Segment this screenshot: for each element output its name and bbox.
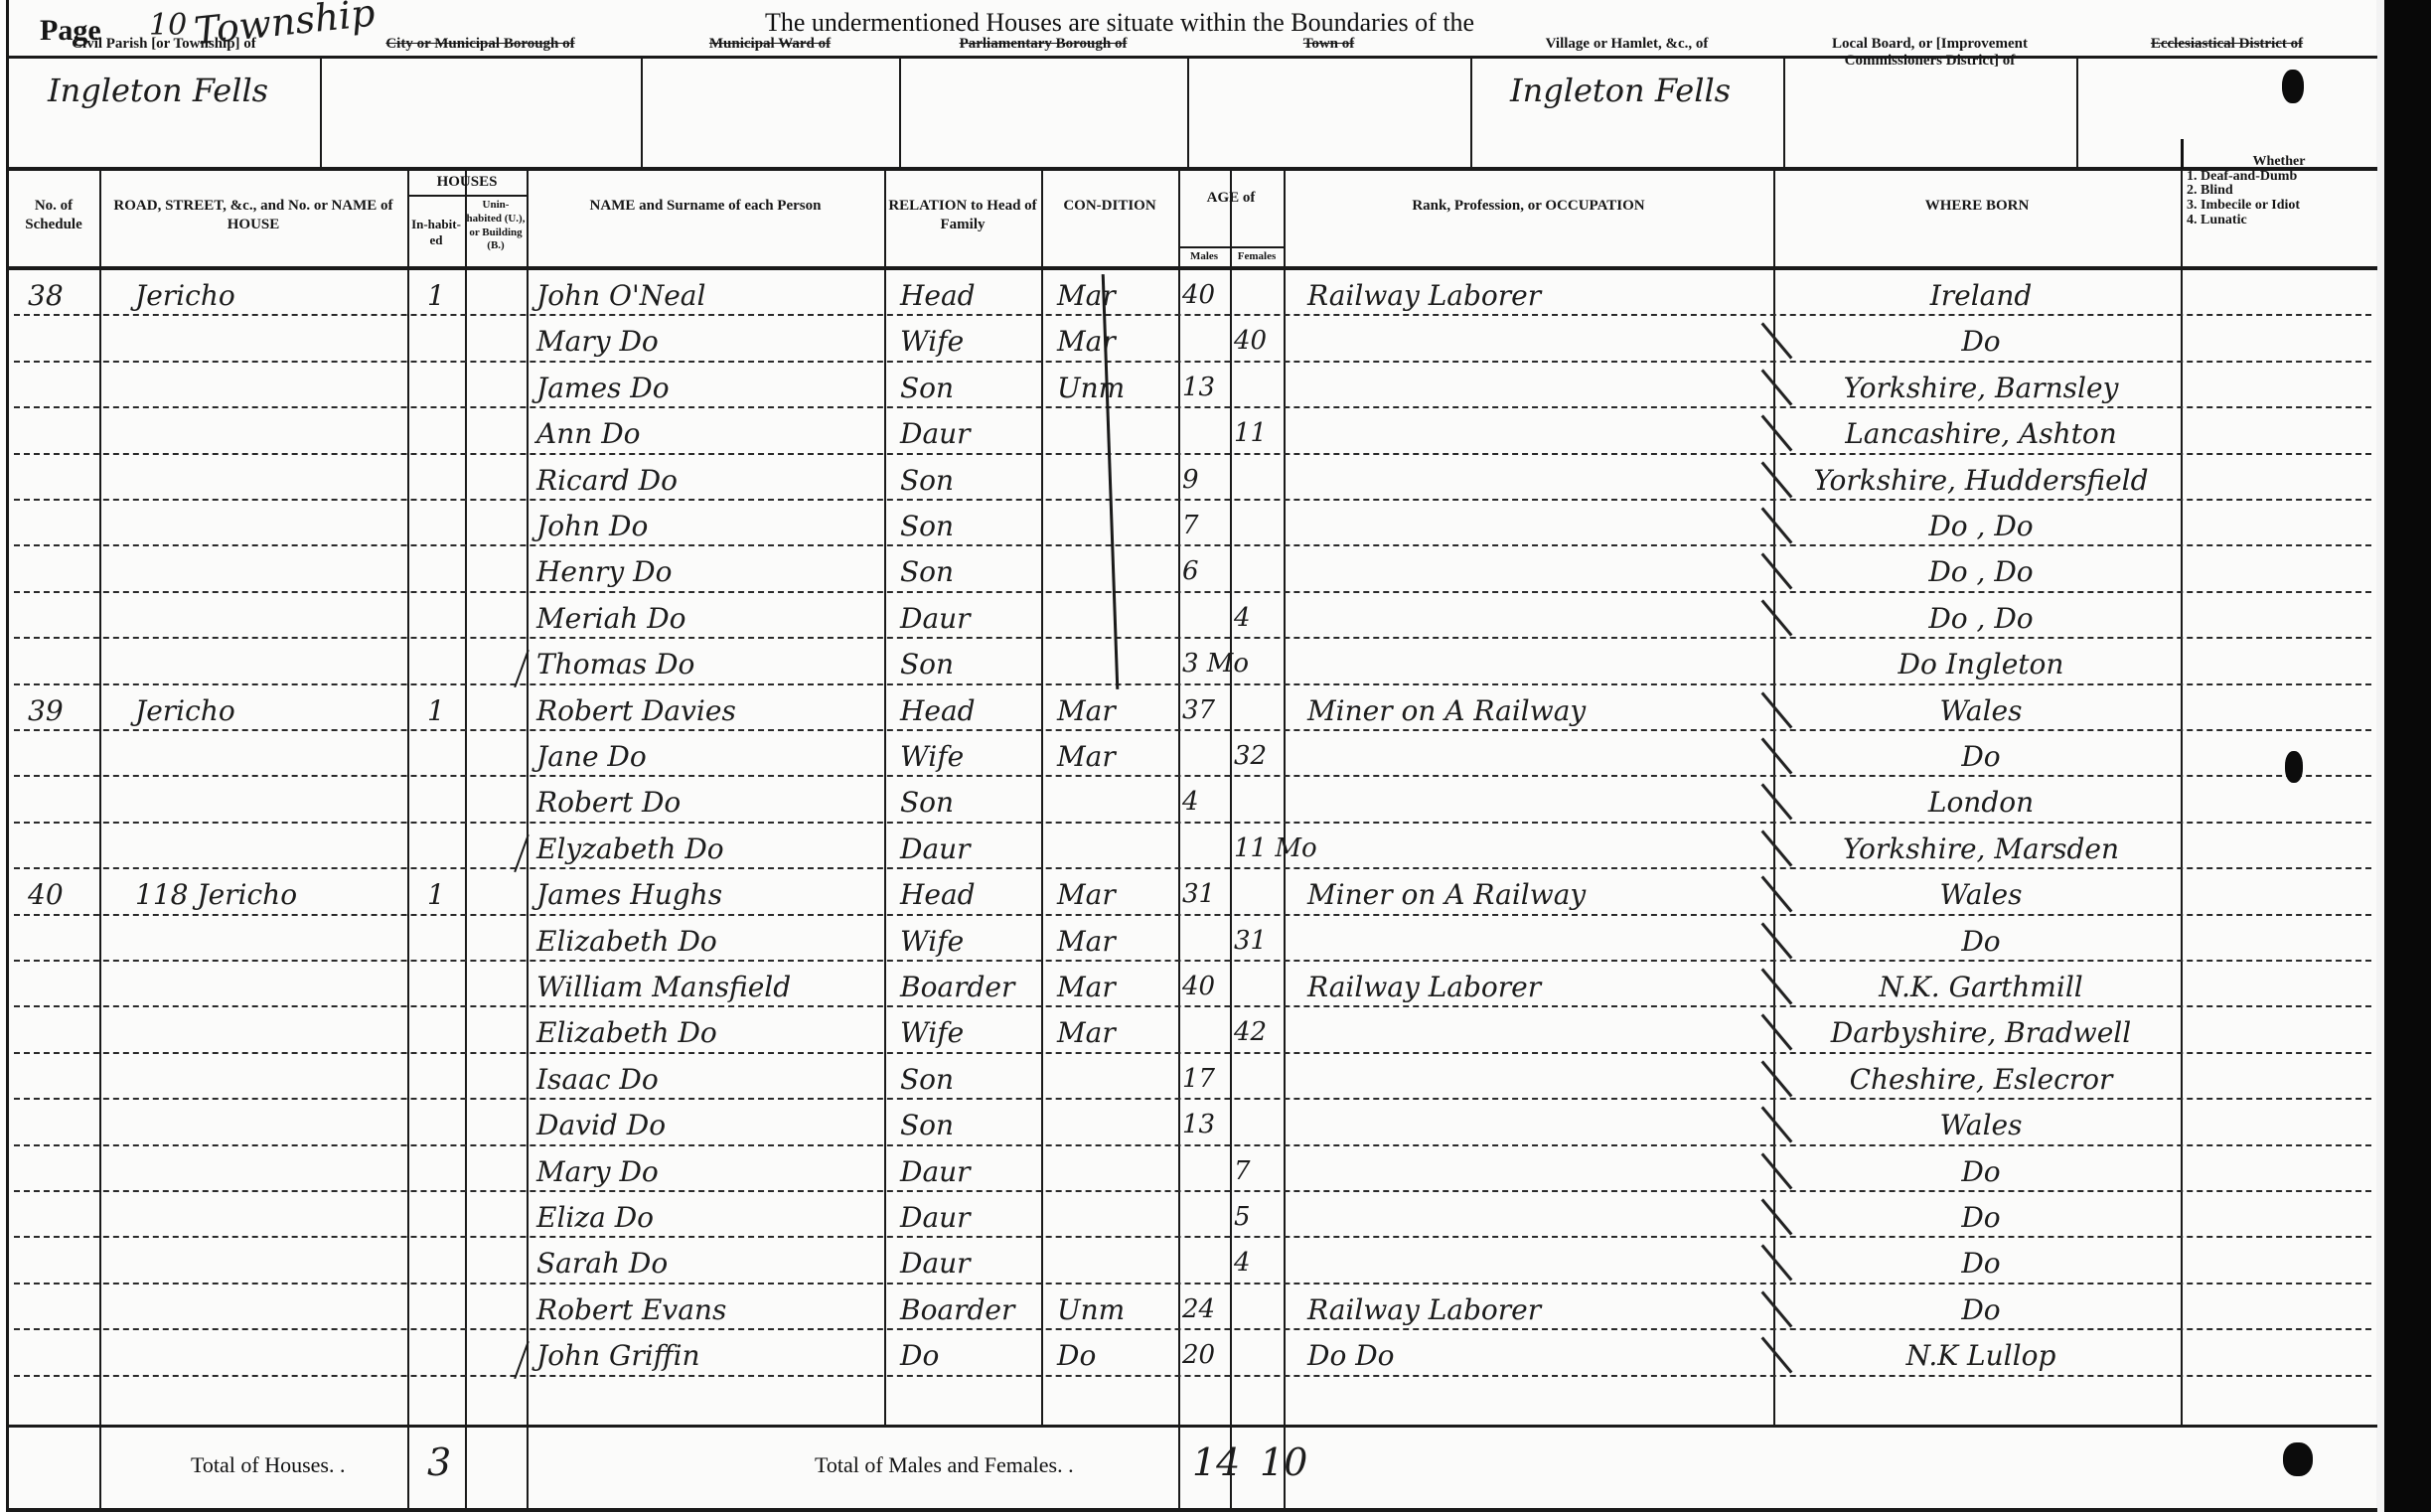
birthplace: Do bbox=[1789, 1296, 2173, 1324]
relation: Son bbox=[900, 1112, 1037, 1139]
person-name: Elizabeth Do bbox=[536, 1019, 880, 1047]
condition: Mar bbox=[1057, 328, 1174, 356]
birthplace: Cheshire, Eslecror bbox=[1789, 1066, 2173, 1094]
male-age: 20 bbox=[1182, 1342, 1228, 1368]
male-age: 3 Mo bbox=[1182, 651, 1228, 677]
row-rule bbox=[14, 591, 2371, 593]
row-rule bbox=[14, 1375, 2371, 1377]
row-rule bbox=[14, 1052, 2371, 1054]
birthplace: Do , Do bbox=[1789, 558, 2173, 586]
occupation-header: Rank, Profession, or OCCUPATION bbox=[1288, 197, 1769, 216]
person-name: James Do bbox=[536, 375, 880, 402]
district-divider bbox=[1783, 58, 1785, 167]
page-title: The undermentioned Houses are situate wi… bbox=[765, 8, 1474, 38]
relation: Daur bbox=[900, 1204, 1037, 1232]
inhabited-count: 1 bbox=[427, 697, 467, 725]
relation: Son bbox=[900, 558, 1037, 586]
female-age: 31 bbox=[1234, 928, 1282, 954]
person-name: David Do bbox=[536, 1112, 880, 1139]
column-divider bbox=[465, 1425, 467, 1510]
person-name: Ricard Do bbox=[536, 467, 880, 495]
person-name: John O'Neal bbox=[536, 282, 880, 310]
person-name: Elizabeth Do bbox=[536, 928, 880, 956]
row-rule bbox=[14, 775, 2371, 777]
infirmity-divider bbox=[2181, 139, 2184, 169]
person-name: Meriah Do bbox=[536, 605, 880, 633]
name-header: NAME and Surname of each Person bbox=[531, 197, 880, 216]
inhabited-count: 1 bbox=[427, 282, 467, 310]
total-houses-value: 3 bbox=[427, 1440, 451, 1484]
person-name: Mary Do bbox=[536, 328, 880, 356]
row-rule bbox=[14, 1144, 2371, 1146]
row-rule bbox=[14, 683, 2371, 685]
house-name: Jericho bbox=[135, 697, 403, 725]
relation: Son bbox=[900, 513, 1037, 540]
person-name: John Griffin bbox=[536, 1342, 880, 1370]
total-males-value: 14 bbox=[1192, 1440, 1240, 1484]
schedule-number: 40 bbox=[28, 881, 95, 909]
males-header: Males bbox=[1178, 250, 1230, 264]
occupation: Railway Laborer bbox=[1307, 282, 1767, 310]
condition-header: CON-DITION bbox=[1045, 197, 1174, 216]
person-name: Thomas Do bbox=[536, 651, 880, 679]
row-rule bbox=[14, 1190, 2371, 1192]
person-name: Robert Davies bbox=[536, 697, 880, 725]
birthplace: Ireland bbox=[1789, 282, 2173, 310]
district-label: Parliamentary Borough of bbox=[903, 36, 1183, 53]
condition: Unm bbox=[1057, 1296, 1174, 1324]
relation: Wife bbox=[900, 928, 1037, 956]
birthplace: Wales bbox=[1789, 697, 2173, 725]
birthplace: Do bbox=[1789, 1204, 2173, 1232]
district-divider bbox=[1187, 58, 1189, 167]
inhabited-header: In-habit-ed bbox=[409, 217, 463, 249]
female-age: 4 bbox=[1234, 605, 1282, 631]
relation: Do bbox=[900, 1342, 1037, 1370]
person-name: Henry Do bbox=[536, 558, 880, 586]
district-label: Local Board, or [Improvement Commissione… bbox=[1787, 36, 2072, 70]
column-divider bbox=[527, 1425, 529, 1510]
ink-blot bbox=[2283, 1442, 2313, 1476]
person-name: Mary Do bbox=[536, 1158, 880, 1186]
row-rule bbox=[14, 1328, 2371, 1330]
inhabited-count: 1 bbox=[427, 881, 467, 909]
row-rule bbox=[14, 499, 2371, 501]
infirmity-item: 1. Deaf-and-Dumb bbox=[2187, 170, 2371, 185]
ink-blot bbox=[2282, 70, 2304, 103]
row-rule bbox=[14, 453, 2371, 455]
row-rule bbox=[14, 1283, 2371, 1285]
male-age: 6 bbox=[1182, 558, 1228, 584]
male-age: 31 bbox=[1182, 881, 1228, 907]
male-age: 24 bbox=[1182, 1296, 1228, 1322]
females-header: Females bbox=[1230, 250, 1284, 264]
house-name: 118 Jericho bbox=[135, 881, 403, 909]
male-age: 9 bbox=[1182, 467, 1228, 493]
uninhabited-header: Unin-habited (U.), or Building (B.) bbox=[466, 199, 526, 253]
schedule-number: 39 bbox=[28, 697, 95, 725]
occupation: Miner on A Railway bbox=[1307, 697, 1767, 725]
total-persons-label: Total of Males and Females. . bbox=[815, 1452, 1074, 1478]
row-rule bbox=[14, 406, 2371, 408]
district-label: City or Municipal Borough of bbox=[324, 36, 637, 53]
district-label: Village or Hamlet, &c., of bbox=[1474, 36, 1779, 53]
birthplace: Wales bbox=[1789, 881, 2173, 909]
relation: Daur bbox=[900, 420, 1037, 448]
district-label: Municipal Ward of bbox=[645, 36, 895, 53]
birthplace: Do bbox=[1789, 1250, 2173, 1278]
schedule-header: No. of Schedule bbox=[12, 197, 95, 234]
infirmity-item: 4. Lunatic bbox=[2187, 214, 2371, 228]
person-name: Robert Evans bbox=[536, 1296, 880, 1324]
relation: Wife bbox=[900, 328, 1037, 356]
occupation: Do Do bbox=[1307, 1342, 1767, 1370]
relation: Son bbox=[900, 789, 1037, 817]
relation: Wife bbox=[900, 1019, 1037, 1047]
row-rule bbox=[14, 729, 2371, 731]
female-age: 40 bbox=[1234, 328, 1282, 354]
male-age: 40 bbox=[1182, 974, 1228, 999]
birthplace: Do bbox=[1789, 743, 2173, 771]
houses-header: HOUSES bbox=[407, 173, 527, 192]
row-rule bbox=[14, 1098, 2371, 1100]
district-divider bbox=[899, 58, 901, 167]
birthplace: Do bbox=[1789, 328, 2173, 356]
row-rule bbox=[14, 1236, 2371, 1238]
house-name: Jericho bbox=[135, 282, 403, 310]
relation: Head bbox=[900, 282, 1037, 310]
person-name: Ann Do bbox=[536, 420, 880, 448]
relation: Son bbox=[900, 651, 1037, 679]
birthplace: Lancashire, Ashton bbox=[1789, 420, 2173, 448]
district-divider bbox=[1470, 58, 1472, 167]
condition: Mar bbox=[1057, 282, 1174, 310]
birthplace: Yorkshire, Huddersfield bbox=[1789, 467, 2173, 495]
person-name: Robert Do bbox=[536, 789, 880, 817]
person-name: John Do bbox=[536, 513, 880, 540]
infirmity-header: Whether1. Deaf-and-Dumb2. Blind3. Imbeci… bbox=[2187, 155, 2371, 227]
person-name: Eliza Do bbox=[536, 1204, 880, 1232]
district-label: Town of bbox=[1191, 36, 1466, 53]
relation: Son bbox=[900, 375, 1037, 402]
occupation: Railway Laborer bbox=[1307, 1296, 1767, 1324]
row-rule bbox=[14, 822, 2371, 824]
female-age: 42 bbox=[1234, 1019, 1282, 1045]
schedule-number: 38 bbox=[28, 282, 95, 310]
scan-border bbox=[2384, 0, 2431, 1512]
ink-blot bbox=[2285, 751, 2303, 783]
relation: Daur bbox=[900, 1158, 1037, 1186]
infirmity-item: 3. Imbecile or Idiot bbox=[2187, 199, 2371, 214]
birthplace: Wales bbox=[1789, 1112, 2173, 1139]
relation-header: RELATION to Head of Family bbox=[888, 197, 1037, 234]
road-header: ROAD, STREET, &c., and No. or NAME of HO… bbox=[103, 197, 403, 234]
female-age: 7 bbox=[1234, 1158, 1282, 1184]
relation: Daur bbox=[900, 1250, 1037, 1278]
relation: Son bbox=[900, 467, 1037, 495]
district-label: Civil Parish [or Township] of bbox=[12, 36, 316, 53]
column-divider bbox=[407, 1425, 409, 1510]
birthplace: London bbox=[1789, 789, 2173, 817]
district-label: Ecclesiastical District of bbox=[2080, 36, 2373, 53]
row-rule bbox=[14, 1005, 2371, 1007]
relation: Wife bbox=[900, 743, 1037, 771]
male-age: 4 bbox=[1182, 789, 1228, 815]
female-age: 11 bbox=[1234, 420, 1282, 446]
female-age: 4 bbox=[1234, 1250, 1282, 1276]
row-rule bbox=[14, 914, 2371, 916]
person-name: James Hughs bbox=[536, 881, 880, 909]
condition: Mar bbox=[1057, 928, 1174, 956]
birthplace: N.K Lullop bbox=[1789, 1342, 2173, 1370]
condition: Unm bbox=[1057, 375, 1174, 402]
male-age: 37 bbox=[1182, 697, 1228, 723]
district-divider bbox=[320, 58, 322, 167]
column-divider bbox=[1230, 246, 1232, 266]
male-age: 13 bbox=[1182, 375, 1228, 400]
row-rule bbox=[14, 361, 2371, 363]
female-age: 32 bbox=[1234, 743, 1282, 769]
relation: Son bbox=[900, 1066, 1037, 1094]
birthplace: Do , Do bbox=[1789, 605, 2173, 633]
birthplace: Yorkshire, Marsden bbox=[1789, 835, 2173, 863]
district-value: Ingleton Fells bbox=[48, 72, 268, 109]
person-name: William Mansfield bbox=[536, 974, 880, 1001]
person-name: Elyzabeth Do bbox=[536, 835, 880, 863]
condition: Do bbox=[1057, 1342, 1174, 1370]
condition: Mar bbox=[1057, 881, 1174, 909]
rule bbox=[407, 195, 527, 197]
person-name: Jane Do bbox=[536, 743, 880, 771]
rule bbox=[8, 1425, 2377, 1428]
row-rule bbox=[14, 637, 2371, 639]
column-divider bbox=[99, 1425, 101, 1510]
condition: Mar bbox=[1057, 974, 1174, 1001]
condition: Mar bbox=[1057, 1019, 1174, 1047]
condition: Mar bbox=[1057, 697, 1174, 725]
relation: Head bbox=[900, 697, 1037, 725]
male-age: 40 bbox=[1182, 282, 1228, 308]
birthplace: Yorkshire, Barnsley bbox=[1789, 375, 2173, 402]
birthplace: Do Ingleton bbox=[1789, 651, 2173, 679]
rule bbox=[8, 1508, 2377, 1512]
where-born-header: WHERE BORN bbox=[1777, 197, 2177, 216]
total-houses-label: Total of Houses. . bbox=[191, 1452, 346, 1478]
female-age: 5 bbox=[1234, 1204, 1282, 1230]
relation: Daur bbox=[900, 835, 1037, 863]
district-divider bbox=[641, 58, 643, 167]
infirmity-title: Whether bbox=[2187, 155, 2371, 170]
person-name: Isaac Do bbox=[536, 1066, 880, 1094]
relation: Boarder bbox=[900, 974, 1037, 1001]
female-age: 11 Mo bbox=[1234, 835, 1282, 861]
male-age: 17 bbox=[1182, 1066, 1228, 1092]
birthplace: N.K. Garthmill bbox=[1789, 974, 2173, 1001]
row-rule bbox=[14, 314, 2371, 316]
rule bbox=[8, 266, 2377, 270]
birthplace: Do , Do bbox=[1789, 513, 2173, 540]
person-name: Sarah Do bbox=[536, 1250, 880, 1278]
birthplace: Darbyshire, Bradwell bbox=[1789, 1019, 2173, 1047]
column-divider bbox=[1178, 1425, 1180, 1510]
male-age: 7 bbox=[1182, 513, 1228, 538]
total-females-value: 10 bbox=[1260, 1440, 1307, 1484]
condition: Mar bbox=[1057, 743, 1174, 771]
birthplace: Do bbox=[1789, 1158, 2173, 1186]
relation: Boarder bbox=[900, 1296, 1037, 1324]
relation: Head bbox=[900, 881, 1037, 909]
row-rule bbox=[14, 960, 2371, 962]
male-age: 13 bbox=[1182, 1112, 1228, 1137]
row-rule bbox=[14, 867, 2371, 869]
row-rule bbox=[14, 544, 2371, 546]
occupation: Railway Laborer bbox=[1307, 974, 1767, 1001]
district-divider bbox=[2076, 58, 2078, 167]
birthplace: Do bbox=[1789, 928, 2173, 956]
district-value: Ingleton Fells bbox=[1510, 72, 1731, 109]
relation: Daur bbox=[900, 605, 1037, 633]
rule bbox=[8, 167, 2377, 171]
infirmity-item: 2. Blind bbox=[2187, 184, 2371, 199]
occupation: Miner on A Railway bbox=[1307, 881, 1767, 909]
